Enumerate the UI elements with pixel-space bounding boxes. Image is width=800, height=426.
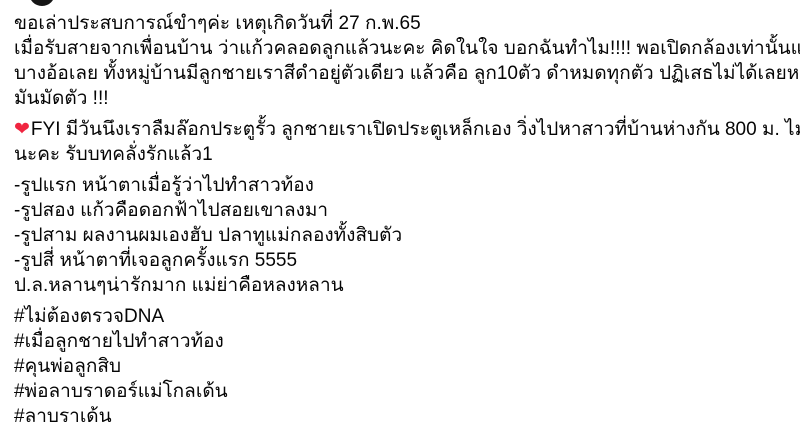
hashtag-link[interactable]: #คุนพ่อลูกสิบ [14,354,786,379]
hashtag-link[interactable]: #เมื่อลูกชายไปทำสาวท้อง [14,329,786,354]
post-line: ป.ล.หลานๆน่ารักมาก แม่ย่าคือหลงหลาน [14,273,786,298]
post-line: บางอ้อเลย ทั้งหมู่บ้านมีลูกชายเราสีดำอยู… [14,61,786,86]
post-body: ขอเล่าประสบการณ์ขำๆค่ะ เหตุเกิดวันที่ 27… [0,0,800,426]
post-line: ขอเล่าประสบการณ์ขำๆค่ะ เหตุเกิดวันที่ 27… [14,11,786,36]
hashtag-link[interactable]: #ไม่ต้องตรวจDNA [14,304,786,329]
post-paragraph-story: ขอเล่าประสบการณ์ขำๆค่ะ เหตุเกิดวันที่ 27… [14,11,786,111]
post-line-text: FYI มีวันนึงเราลืมล๊อกประตูรั้ว ลูกชายเร… [31,119,800,140]
post-line: -รูปสาม ผลงานผมเองฮับ ปลาทูแม่กลองทั้งสิ… [14,223,786,248]
post-paragraph-photo-captions: -รูปแรก หน้าตาเมื่อรู้ว่าไปทำสาวท้อง -รู… [14,173,786,298]
red-heart-icon: ❤ [14,119,30,140]
post-line: นะคะ รับบทคลั่งรักแล้ว1 [14,142,786,167]
post-line: เมื่อรับสายจากเพื่อนบ้าน ว่าแก้วคลอดลูกแ… [14,36,786,61]
post-line: -รูปสอง แก้วคือดอกฟ้าไปสอยเขาลงมา [14,198,786,223]
post-line: ❤FYI มีวันนึงเราลืมล๊อกประตูรั้ว ลูกชายเ… [14,117,786,142]
post-line: -รูปแรก หน้าตาเมื่อรู้ว่าไปทำสาวท้อง [14,173,786,198]
hashtag-link[interactable]: #ลาบราเด้น [14,404,786,426]
hashtag-block: #ไม่ต้องตรวจDNA #เมื่อลูกชายไปทำสาวท้อง … [14,304,786,426]
avatar[interactable] [29,0,55,6]
post-line: -รูปสี่ หน้าตาที่เจอลูกครั้งแรก 5555 [14,248,786,273]
hashtag-link[interactable]: #พ่อลาบราดอร์แม่โกลเด้น [14,379,786,404]
post-paragraph-fyi: ❤FYI มีวันนึงเราลืมล๊อกประตูรั้ว ลูกชายเ… [14,117,786,167]
post-line: มันมัดตัว !!! [14,86,786,111]
